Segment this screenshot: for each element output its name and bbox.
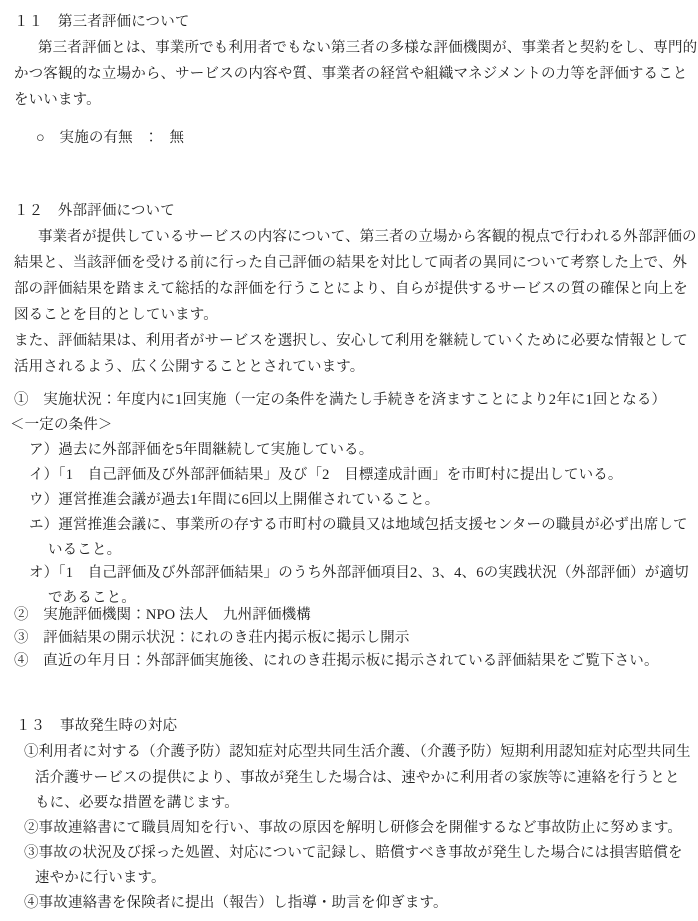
text-line: であること。 — [48, 588, 136, 608]
text-line: もに、必要な措置を講じます。 — [35, 793, 239, 813]
text-line: 事業者が提供しているサービスの内容について、第三者の立場から客観的視点で行われる… — [38, 227, 697, 247]
text-line: ②事故連絡書にて職員周知を行い、事故の原因を解明し研修会を開催するなど事故防止に… — [24, 818, 682, 838]
text-line: 第三者評価とは、事業所でも利用者でもない第三者の多様な評価機関が、事業者と契約を… — [38, 38, 697, 58]
text-line: ④ 直近の年月日：外部評価実施後、にれのき荘掲示板に掲示されている評価結果をご覧… — [14, 651, 659, 671]
text-line: また、評価結果は、利用者がサービスを選択し、安心して利用を継続していくために必要… — [14, 331, 688, 351]
text-line: 部の評価結果を踏まえて総括的な評価を行うことにより、自らが提供するサービスの質の… — [14, 279, 688, 299]
text-line: 活用されるよう、広く公開することとされています。 — [14, 357, 364, 377]
text-line: 速やかに行います。 — [35, 868, 166, 888]
text-line: ④事故連絡書を保険者に提出（報告）し指導・助言を仰ぎます。 — [24, 893, 448, 913]
text-line: ①利用者に対する（介護予防）認知症対応型共同生活介護、（介護予防）短期利用認知症… — [24, 742, 691, 762]
section-11-third-party-evaluation: １１ 第三者評価について第三者評価とは、事業所でも利用者でもない第三者の多様な評… — [0, 0, 698, 921]
section-heading: １１ 第三者評価について — [14, 12, 190, 32]
text-line: エ）運営推進会議に、事業所の存する市町村の職員又は地域包括支援センターの職員が必… — [29, 515, 688, 535]
text-line: いること。 — [48, 540, 121, 560]
section-13-accident-response: １３ 事故発生時の対応①利用者に対する（介護予防）認知症対応型共同生活介護、（介… — [0, 0, 698, 921]
text-line: イ）「1 自己評価及び外部評価結果」及び「2 目標達成計画」を市町村に提出してい… — [29, 465, 623, 485]
text-line: ア）過去に外部評価を5年間継続して実施している。 — [29, 440, 373, 460]
text-line: オ）「1 自己評価及び外部評価結果」のうち外部評価項目2、3、4、6の実践状況（… — [29, 563, 689, 583]
text-line: ③事故の状況及び採った処置、対応について記録し、賠償すべき事故が発生した場合には… — [24, 843, 683, 863]
text-line: ② 実施評価機関：NPO 法人 九州評価機構 — [14, 605, 311, 625]
text-line: かつ客観的な立場から、サービスの内容や質、事業者の経営や組織マネジメントの力等を… — [14, 64, 687, 84]
text-line: 結果と、当該評価を受ける前に行った自己評価の結果を対比して両者の異同について考察… — [14, 253, 687, 273]
text-line: 図ることを目的としています。 — [14, 305, 218, 325]
text-line: ウ）運営推進会議が過去1年間に6回以上開催されていること。 — [29, 490, 439, 510]
text-line: ③ 評価結果の開示状況：にれのき荘内掲示板に掲示し開示 — [14, 628, 410, 648]
text-line: ○ 実施の有無 ： 無 — [36, 128, 184, 148]
text-line: 活介護サービスの提供により、事故が発生した場合は、速やかに利用者の家族等に連絡を… — [35, 768, 680, 788]
section-heading: １２ 外部評価について — [14, 201, 175, 221]
section-heading: １３ 事故発生時の対応 — [16, 716, 177, 736]
section-12-external-evaluation: １２ 外部評価について事業者が提供しているサービスの内容について、第三者の立場か… — [0, 0, 698, 921]
text-line: をいいます。 — [14, 90, 101, 110]
document-page: １１ 第三者評価について第三者評価とは、事業所でも利用者でもない第三者の多様な評… — [0, 0, 698, 921]
text-line: ＜一定の条件＞ — [10, 415, 113, 435]
text-line: ① 実施状況：年度内に1回実施（一定の条件を満たし手続きを済ますことにより2年に… — [14, 390, 666, 410]
